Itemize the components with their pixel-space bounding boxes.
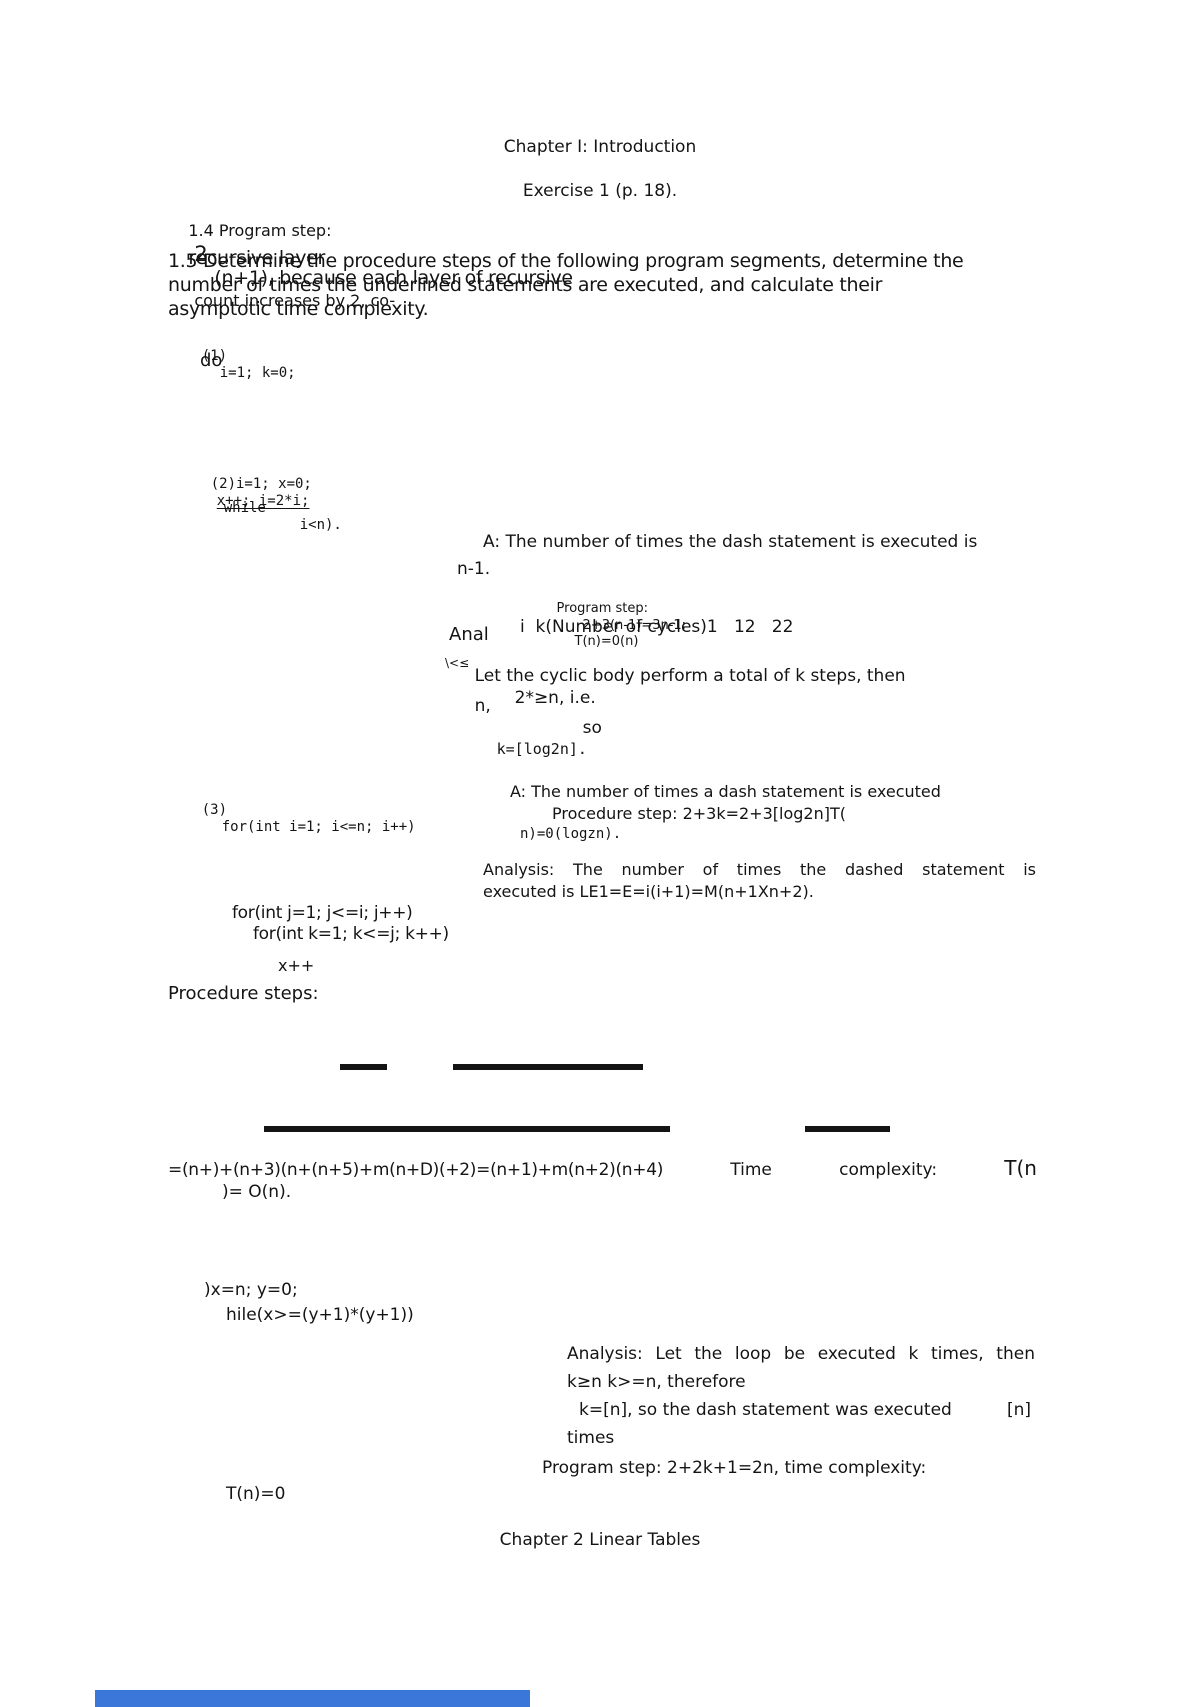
formula-line1: =(n+)+(n+3)(n+(n+5)+m(n+D)(+2)=(n+1)+m(n… [168, 1156, 1037, 1180]
segment4-line1: )x=n; y=0; [204, 1280, 298, 1301]
analysis4-line3: k=[n], so the dash statement was execute… [579, 1400, 1031, 1420]
analysis2-anal: Anal [449, 624, 489, 647]
analysis2-k-formula: k=[log2n]. [497, 740, 587, 758]
document-page: Chapter I: Introduction Exercise 1 (p. 1… [0, 0, 1200, 1707]
paragraph-1-5-line1: 1.5 Determine the procedure steps of the… [168, 250, 963, 274]
chapter2-title: Chapter 2 Linear Tables [0, 1530, 1200, 1551]
analysis4-tn-result: T(n)=0 [226, 1484, 285, 1505]
answer2-step-label: Program step: [557, 601, 648, 616]
analysis2-line2: n, so k=[log2n]. [453, 675, 602, 781]
segment1-code: i=1; k=0; [220, 365, 296, 381]
segment1-do-keyword: do [200, 350, 222, 373]
exercise-title: Exercise 1 (p. 18). [0, 181, 1200, 202]
segment4-line2: hile(x>=(y+1)*(y+1)) [226, 1305, 414, 1326]
paragraph-1-5-line2: number of times the underlined statement… [168, 274, 882, 298]
answer3-line1: A: The number of times a dash statement … [510, 782, 941, 802]
analysis4-line2: k≥n k>=n, therefore [567, 1372, 746, 1393]
segment2-while-line: while i<n). [190, 482, 342, 552]
chapter-title: Chapter I: Introduction [0, 137, 1200, 158]
segment3-code: for(int i=1; i<=n; i++) [222, 819, 416, 835]
analysis2-so: so [583, 718, 602, 738]
analysis2-cycles: i k(Number of cycles)1 12 22 [520, 617, 793, 638]
analysis3-line2: executed is LE1=E=i(i+1)=M(n+1Xn+2). [483, 882, 814, 902]
analysis2-n-comma: n, [475, 696, 491, 716]
analysis4-program-step: Program step: 2+2k+1=2n, time complexity… [542, 1458, 926, 1479]
analysis4-line1: Analysis: Let the loop be executed k tim… [567, 1344, 1035, 1365]
answer2-line1: A: The number of times the dash statemen… [483, 532, 977, 553]
paragraph-1-5-line3: asymptotic time complexity. [168, 298, 428, 322]
rule-bar-4 [805, 1126, 890, 1132]
segment2-condition: i<n). [300, 517, 342, 533]
segment3-for-k-line: for(int k=1; k<=j; k++) [253, 924, 449, 945]
analysis3-line1: Analysis: The number of times the dashed… [483, 860, 1036, 880]
segment2-while-keyword: while [224, 500, 266, 516]
footer-blue-bar [95, 1690, 530, 1707]
rule-bar-1 [340, 1064, 387, 1070]
formula-time-word: Time [730, 1160, 772, 1180]
segment3-label: (3) [202, 802, 227, 818]
formula-tn: T(n [1004, 1156, 1037, 1180]
answer2-line2: n-1. [457, 559, 490, 580]
formula-line2: )= O(n). [222, 1182, 291, 1203]
segment3-x-increment: x++ [278, 956, 314, 976]
rule-bar-3 [264, 1126, 670, 1132]
segment3-code-line: (3) for(int i=1; i<=n; i++) [168, 784, 416, 854]
answer3-line2: Procedure step: 2+3k=2+3[log2n]T( [552, 804, 846, 824]
analysis4-line3-tail: [n] [1007, 1400, 1031, 1420]
segment1-code-line: (1) i=1; k=0; [168, 330, 296, 400]
procedure-steps-label: Procedure steps: [168, 983, 319, 1006]
rule-bar-2 [453, 1064, 643, 1070]
segment3-for-j-line: for(int j=1; j<=i; j++) [232, 903, 413, 924]
analysis4-line3-main: k=[n], so the dash statement was execute… [579, 1400, 952, 1420]
analysis4-line4: times [567, 1428, 614, 1449]
formula-complexity-word: complexity: [839, 1160, 937, 1180]
answer3-line3: n)=0(logzn). [520, 826, 621, 844]
formula-expression: =(n+)+(n+3)(n+(n+5)+m(n+D)(+2)=(n+1)+m(n… [168, 1160, 663, 1180]
